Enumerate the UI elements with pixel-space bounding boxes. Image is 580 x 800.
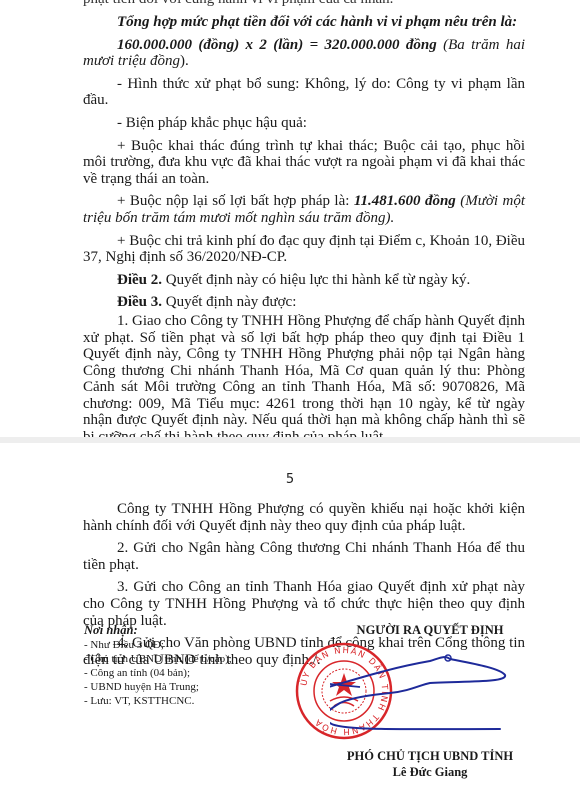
signer-position: PHÓ CHỦ TỊCH UBND TỈNH xyxy=(280,749,580,764)
document-page-5: 5 Công ty TNHH Hồng Phượng có quyền khiế… xyxy=(0,443,580,800)
distribution-item-3: 3. Gửi cho Công an tỉnh Thanh Hóa giao Q… xyxy=(83,579,525,629)
total-words-end: ). xyxy=(180,53,189,69)
article-3-label: Điều 3. xyxy=(117,294,162,310)
recipient-item: - Công an tỉnh (04 bản); xyxy=(84,666,232,680)
recipient-item: - Lưu: VT, KSTTHCNC. xyxy=(84,694,232,708)
distribution-item-2: 2. Gửi cho Ngân hàng Công thương Chi nhá… xyxy=(83,540,525,573)
remedy-2-prefix: + Buộc nộp lại số lợi bất hợp pháp là: xyxy=(117,193,354,209)
article-3: Điều 3. Quyết định này được: xyxy=(83,294,525,311)
recipients-list: Nơi nhận: - Như Điều 3 QĐ; - Chủ tịch UB… xyxy=(84,623,232,708)
document-page-4: phạt tiền đối với cùng hành vi vi phạm c… xyxy=(0,0,580,437)
total-formula: 160.000.000 (đồng) x 2 (lần) = 320.000.0… xyxy=(117,37,437,53)
penalty-section: Tổng hợp mức phạt tiền đối với các hành … xyxy=(83,14,525,446)
illegal-profit-amount: 11.481.600 đồng xyxy=(354,193,456,209)
article-2-text: Quyết định này có hiệu lực thi hành kể t… xyxy=(162,272,470,288)
signer-name: Lê Đức Giang xyxy=(280,765,580,780)
remedy-item-1: + Buộc khai thác đúng trình tự khai thác… xyxy=(83,138,525,188)
additional-penalty: - Hình thức xử phạt bổ sung: Không, lý d… xyxy=(83,76,525,109)
signature-icon xyxy=(330,653,530,743)
article-3-text: Quyết định này được: xyxy=(162,294,296,310)
recipient-item: - Như Điều 3 QĐ; xyxy=(84,638,232,652)
remedy-item-2: + Buộc nộp lại số lợi bất hợp pháp là: 1… xyxy=(83,193,525,226)
total-penalty: 160.000.000 (đồng) x 2 (lần) = 320.000.0… xyxy=(83,37,525,70)
article-2-label: Điều 2. xyxy=(117,272,162,288)
recipient-item: - Chủ tịch UBND tỉnh (để b/cáo); xyxy=(84,652,232,666)
remedy-heading: - Biện pháp khắc phục hậu quả: xyxy=(83,115,525,132)
signer-heading: NGƯỜI RA QUYẾT ĐỊNH xyxy=(280,623,580,638)
cut-off-line: phạt tiền đối với cùng hành vi vi phạm c… xyxy=(83,0,393,7)
appeal-right: Công ty TNHH Hồng Phượng có quyền khiếu … xyxy=(83,501,525,534)
article-2: Điều 2. Quyết định này có hiệu lực thi h… xyxy=(83,272,525,289)
recipient-item: - UBND huyện Hà Trung; xyxy=(84,680,232,694)
page-number: 5 xyxy=(0,472,580,487)
summary-heading: Tổng hợp mức phạt tiền đối với các hành … xyxy=(83,14,525,31)
article-3-item-1: 1. Giao cho Công ty TNHH Hồng Phượng để … xyxy=(83,313,525,446)
remedy-item-3: + Buộc chi trả kinh phí đo đạc quy định … xyxy=(83,233,525,266)
recipients-title: Nơi nhận: xyxy=(84,623,232,637)
